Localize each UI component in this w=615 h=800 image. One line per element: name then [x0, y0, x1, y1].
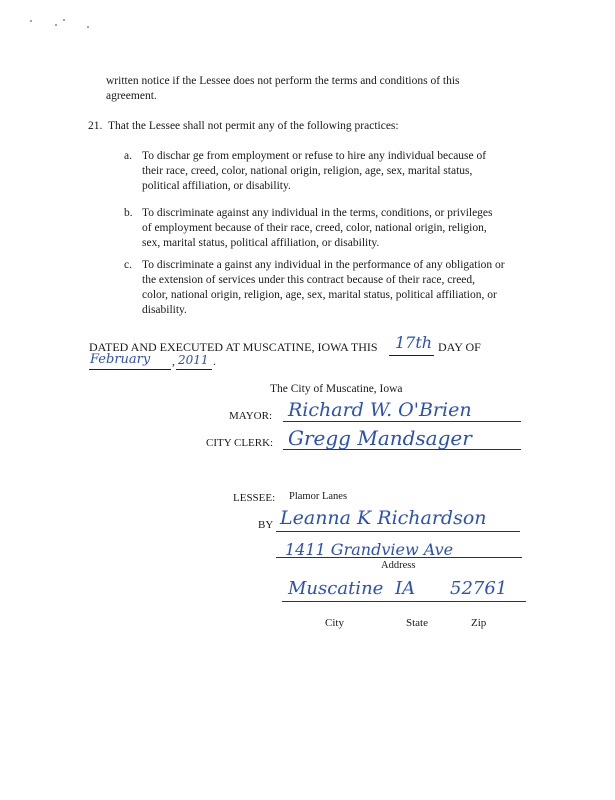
city-label: City	[325, 617, 344, 629]
item-a-marker: a.	[124, 149, 132, 164]
continuation-line-1: written notice if the Lessee does not pe…	[106, 74, 460, 89]
item-a-line-1: To dischar ge from employment or refuse …	[142, 149, 486, 164]
item-b-line-1: To discriminate against any individual i…	[142, 206, 493, 221]
lessee-name: Plamor Lanes	[289, 491, 347, 502]
scan-specks	[25, 16, 95, 30]
item-c-line-2: the extension of services under this con…	[142, 273, 475, 288]
execution-period: .	[213, 355, 216, 370]
item-c-line-1: To discriminate a gainst any individual …	[142, 258, 505, 273]
continuation-line-2: agreement.	[106, 89, 157, 104]
lessee-signature: Leanna K Richardson	[280, 507, 487, 529]
item-b-marker: b.	[124, 206, 133, 221]
mayor-label: MAYOR:	[229, 410, 272, 422]
mayor-signature: Richard W. O'Brien	[288, 399, 472, 421]
clause-21-number: 21.	[88, 119, 102, 134]
document-page: written notice if the Lessee does not pe…	[0, 0, 615, 800]
state-handwritten: IA	[395, 578, 415, 599]
address-line	[276, 557, 522, 558]
execution-suffix: DAY OF	[438, 340, 481, 355]
item-c-marker: c.	[124, 258, 132, 273]
state-label: State	[406, 617, 428, 629]
item-c-line-4: disability.	[142, 303, 187, 318]
item-b-line-2: of employment because of their race, cre…	[142, 221, 487, 236]
clause-21-text: That the Lessee shall not permit any of …	[108, 119, 399, 134]
day-blank-line	[389, 355, 434, 356]
execution-comma: ,	[172, 355, 175, 370]
zip-label: Zip	[471, 617, 486, 629]
by-label: BY	[258, 519, 273, 531]
item-b-line-3: sex, marital status, political affiliati…	[142, 236, 379, 251]
year-blank-line	[176, 369, 212, 370]
item-a-line-3: political affiliation, or disability.	[142, 179, 291, 194]
month-blank-line	[89, 369, 171, 370]
item-c-line-3: color, national origin, religion, age, s…	[142, 288, 497, 303]
city-clerk-label: CITY CLERK:	[206, 437, 273, 449]
mayor-signature-line	[283, 421, 521, 422]
city-handwritten: Muscatine	[288, 578, 383, 599]
item-a-line-2: their race, creed, color, national origi…	[142, 164, 472, 179]
city-state-zip-line	[282, 601, 526, 602]
city-heading: The City of Muscatine, Iowa	[270, 383, 403, 395]
lessee-label: LESSEE:	[233, 492, 275, 504]
day-handwritten: 17th	[395, 333, 432, 352]
zip-handwritten: 52761	[450, 578, 507, 599]
address-label: Address	[381, 560, 415, 571]
year-handwritten: 2011	[178, 353, 209, 367]
clerk-signature: Gregg Mandsager	[288, 426, 472, 450]
by-signature-line	[276, 531, 520, 532]
month-handwritten: February	[90, 352, 150, 367]
